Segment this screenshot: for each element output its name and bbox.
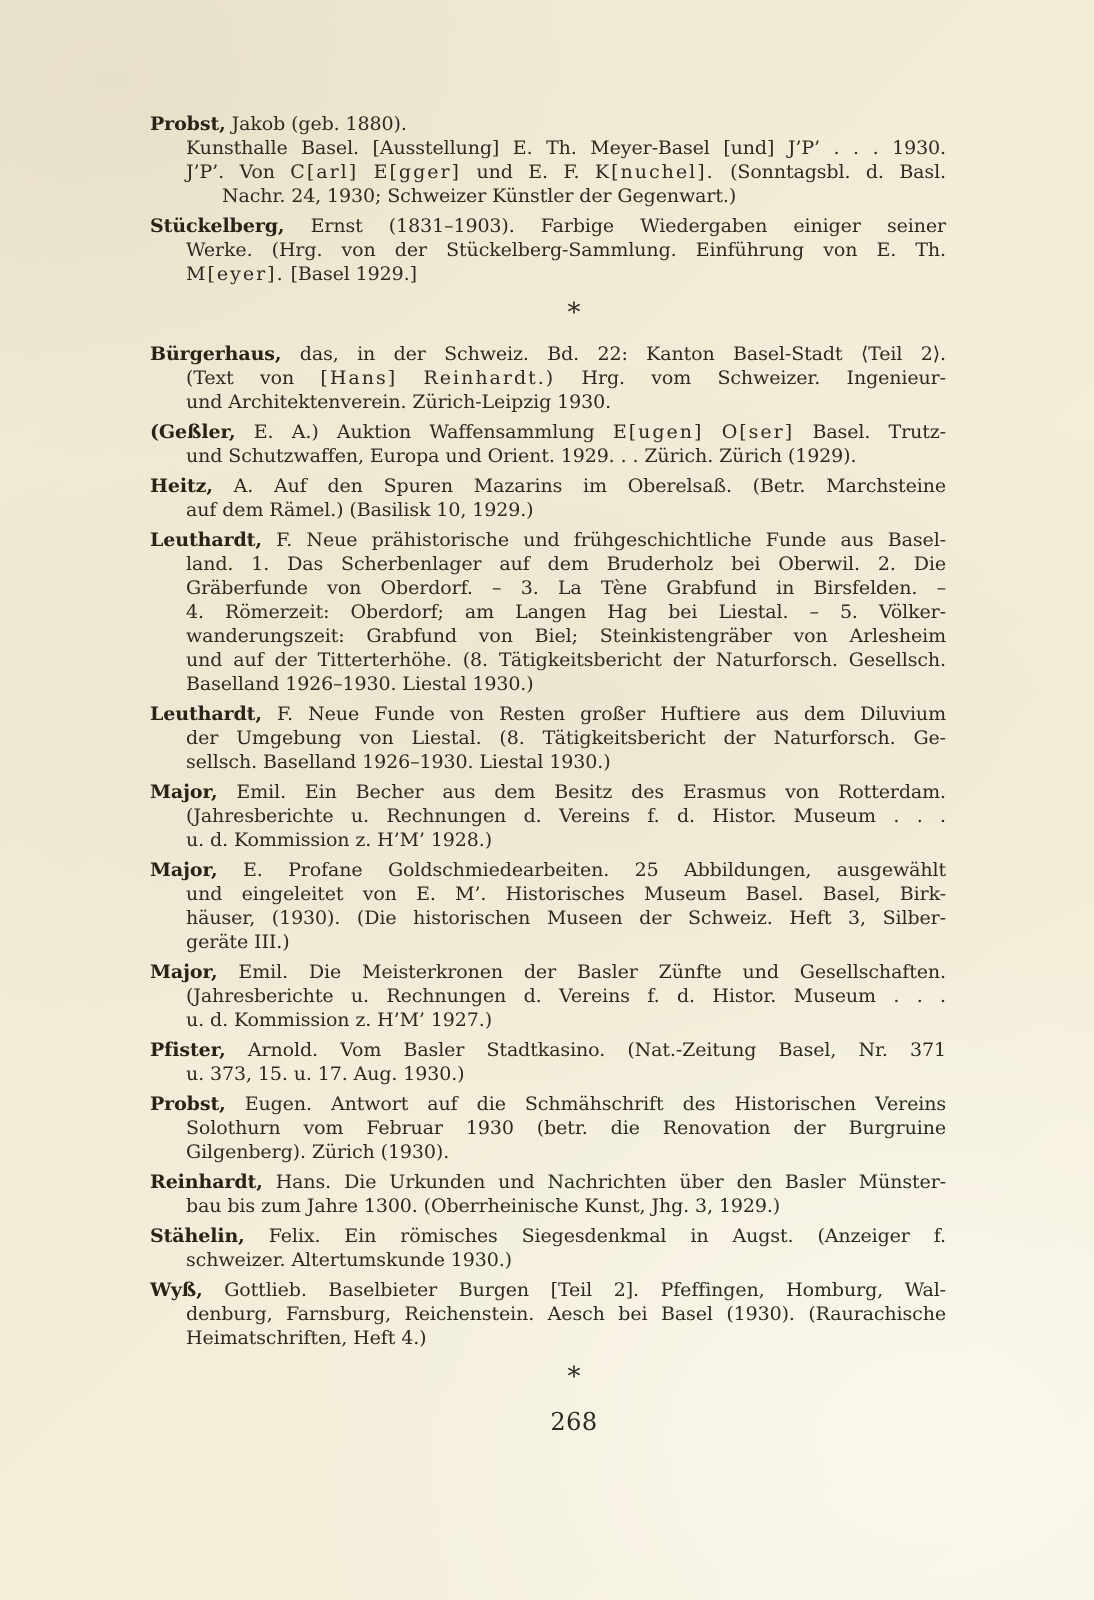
- entry-text: Jakob (geb. 1880).: [226, 113, 407, 135]
- entry-line: (Text von [Hans] Reinhardt.) Hrg. vom Sc…: [186, 366, 946, 390]
- entry-text: das, in der Schweiz. Bd. 22: Kanton Base…: [281, 343, 946, 365]
- entry-line: Probst, Eugen. Antwort auf die Schmähsch…: [150, 1092, 946, 1116]
- entry-line: Solothurn vom Februar 1930 (betr. die Re…: [186, 1116, 946, 1140]
- entry-line: bau bis zum Jahre 1300. (Oberrheinische …: [186, 1194, 946, 1218]
- entry-line: und auf der Titterterhöhe. (8. Tätigkeit…: [186, 648, 946, 672]
- scanned-book-page: Probst, Jakob (geb. 1880).Kunsthalle Bas…: [0, 0, 1094, 1600]
- bibliography-entry: Reinhardt, Hans. Die Urkunden und Nachri…: [150, 1170, 946, 1218]
- entry-line: Heimatschriften, Heft 4.): [186, 1326, 946, 1350]
- entry-text: land. 1. Das Scherbenlager auf dem Brude…: [186, 553, 946, 575]
- entry-text: bau bis zum Jahre 1300. (Oberrheinische …: [186, 1195, 780, 1217]
- entry-line: Reinhardt, Hans. Die Urkunden und Nachri…: [150, 1170, 946, 1194]
- entry-text: Gilgenberg). Zürich (1930).: [186, 1141, 449, 1163]
- entry-line: häuser, (1930). (Die historischen Museen…: [186, 906, 946, 930]
- entry-text: A. Auf den Spuren Mazarins im Oberelsaß.…: [213, 475, 946, 497]
- entry-line: Major, Emil. Die Meisterkronen der Basle…: [150, 960, 946, 984]
- entry-text: [358, 161, 373, 183]
- entry-line: Wyß, Gottlieb. Baselbieter Burgen [Teil …: [150, 1278, 946, 1302]
- entry-text: und E. F.: [461, 161, 595, 183]
- entry-line: 4. Römerzeit: Oberdorf; am Langen Hag be…: [186, 600, 946, 624]
- entry-line: Stähelin, Felix. Ein römisches Siegesden…: [150, 1224, 946, 1248]
- entry-line: Gilgenberg). Zürich (1930).: [186, 1140, 946, 1164]
- entry-line: (Jahresberichte u. Rechnungen d. Vereins…: [186, 984, 946, 1008]
- entry-lead-name: Stähelin,: [150, 1225, 245, 1247]
- entry-line: Werke. (Hrg. von der Stückelberg-Sammlun…: [186, 238, 946, 262]
- entry-text: (Jahresberichte u. Rechnungen d. Vereins…: [186, 985, 946, 1007]
- entry-line: Leuthardt, F. Neue Funde von Resten groß…: [150, 702, 946, 726]
- entry-lead-name: Leuthardt,: [150, 703, 262, 725]
- entry-line: Pfister, Arnold. Vom Basler Stadtkasino.…: [150, 1038, 946, 1062]
- entry-text: und Schutzwaffen, Europa und Orient. 192…: [186, 445, 856, 467]
- bibliography-entry: Leuthardt, F. Neue Funde von Resten groß…: [150, 702, 946, 774]
- entry-line: und Schutzwaffen, Europa und Orient. 192…: [186, 444, 946, 468]
- entry-line: wanderungszeit: Grabfund von Biel; Stein…: [186, 624, 946, 648]
- entry-text: wanderungszeit: Grabfund von Biel; Stein…: [186, 625, 946, 647]
- bibliography-entry: Probst, Jakob (geb. 1880).Kunsthalle Bas…: [150, 112, 946, 208]
- bibliography-entry: Heitz, A. Auf den Spuren Mazarins im Obe…: [150, 474, 946, 522]
- entry-line: M[eyer]. [Basel 1929.]: [186, 262, 946, 286]
- entry-text: [Hans]: [320, 367, 397, 389]
- entry-line: Heitz, A. Auf den Spuren Mazarins im Obe…: [150, 474, 946, 498]
- entry-text: [703, 421, 721, 443]
- entry-text: Hrg. vom Schweizer. Ingenieur-: [555, 367, 946, 389]
- section-separator-asterisk: *: [150, 1365, 946, 1389]
- entry-lead-name: Probst,: [150, 113, 226, 135]
- page-number: 268: [150, 1410, 946, 1434]
- entry-line: sellsch. Baselland 1926–1930. Liestal 19…: [186, 750, 946, 774]
- section-separator-asterisk: *: [150, 301, 946, 325]
- entry-lead-name: Stückelberg,: [150, 215, 284, 237]
- entry-line: (Geßler, E. A.) Auktion Waffensammlung E…: [150, 420, 946, 444]
- bibliography-entry: Probst, Eugen. Antwort auf die Schmähsch…: [150, 1092, 946, 1164]
- entry-text: [Basel 1929.]: [285, 263, 417, 285]
- entry-lead-name: Probst,: [150, 1093, 226, 1115]
- entry-text: (Text von: [186, 367, 320, 389]
- entry-text: Emil. Die Meisterkronen der Basler Zünft…: [218, 961, 946, 983]
- entry-text: [397, 367, 423, 389]
- entry-text: Heimatschriften, Heft 4.): [186, 1327, 426, 1349]
- entry-text: und auf der Titterterhöhe. (8. Tätigkeit…: [186, 649, 946, 671]
- entry-line: Bürgerhaus, das, in der Schweiz. Bd. 22:…: [150, 342, 946, 366]
- entry-text: u. d. Kommission z. H’M’ 1928.): [186, 829, 492, 851]
- entry-text: und eingeleitet von E. M’. Historisches …: [186, 883, 946, 905]
- bibliography-entry: Wyß, Gottlieb. Baselbieter Burgen [Teil …: [150, 1278, 946, 1350]
- bibliography-entry: Leuthardt, F. Neue prähistorische und fr…: [150, 528, 946, 696]
- entry-line: u. d. Kommission z. H’M’ 1928.): [186, 828, 946, 852]
- entry-text: K[nuchel].: [595, 161, 715, 183]
- bibliography-entry: Pfister, Arnold. Vom Basler Stadtkasino.…: [150, 1038, 946, 1086]
- entry-text: E. A.) Auktion Waffensammlung: [236, 421, 613, 443]
- entry-text: Basel. Trutz-: [794, 421, 946, 443]
- entry-text: auf dem Rämel.) (Basilisk 10, 1929.): [186, 499, 533, 521]
- entry-text: u. 373, 15. u. 17. Aug. 1930.): [186, 1063, 465, 1085]
- entry-text: Hans. Die Urkunden und Nachrichten über …: [263, 1171, 946, 1193]
- entry-line: Stückelberg, Ernst (1831–1903). Farbige …: [150, 214, 946, 238]
- entry-text: Kunsthalle Basel. [Ausstellung] E. Th. M…: [186, 137, 946, 159]
- entry-text: J’P’. Von: [186, 161, 290, 183]
- entry-line: Leuthardt, F. Neue prähistorische und fr…: [150, 528, 946, 552]
- entry-line: Baselland 1926–1930. Liestal 1930.): [186, 672, 946, 696]
- entry-line: der Umgebung von Liestal. (8. Tätigkeits…: [186, 726, 946, 750]
- entry-text: (Jahresberichte u. Rechnungen d. Vereins…: [186, 805, 946, 827]
- entry-text: häuser, (1930). (Die historischen Museen…: [186, 907, 946, 929]
- entry-line: und eingeleitet von E. M’. Historisches …: [186, 882, 946, 906]
- entry-text: Gottlieb. Baselbieter Burgen [Teil 2]. P…: [203, 1279, 946, 1301]
- entry-text: F. Neue prähistorische und frühgeschicht…: [262, 529, 946, 551]
- entry-lead-name: Bürgerhaus,: [150, 343, 281, 365]
- entry-lead-name: Major,: [150, 781, 218, 803]
- bibliography-entry: (Geßler, E. A.) Auktion Waffensammlung E…: [150, 420, 946, 468]
- entry-text: M[eyer].: [186, 263, 285, 285]
- entry-text: u. d. Kommission z. H’M’ 1927.): [186, 1009, 492, 1031]
- entry-lead-name: Reinhardt,: [150, 1171, 263, 1193]
- entry-line: und Architektenverein. Zürich-Leipzig 19…: [186, 390, 946, 414]
- entry-text: 4. Römerzeit: Oberdorf; am Langen Hag be…: [186, 601, 946, 623]
- entry-line: Nachr. 24, 1930; Schweizer Künstler der …: [222, 184, 946, 208]
- entry-text: Gräberfunde von Oberdorf. – 3. La Tène G…: [186, 577, 946, 599]
- bibliography-entry: Bürgerhaus, das, in der Schweiz. Bd. 22:…: [150, 342, 946, 414]
- entry-line: (Jahresberichte u. Rechnungen d. Vereins…: [186, 804, 946, 828]
- entry-text: der Umgebung von Liestal. (8. Tätigkeits…: [186, 727, 946, 749]
- entry-text: (Sonntagsbl. d. Basl.: [715, 161, 946, 183]
- entry-lead-name: (Geßler,: [150, 421, 236, 443]
- entry-line: auf dem Rämel.) (Basilisk 10, 1929.): [186, 498, 946, 522]
- entry-text: schweizer. Altertumskunde 1930.): [186, 1249, 512, 1271]
- entry-lead-name: Major,: [150, 961, 218, 983]
- bibliography-text: Probst, Jakob (geb. 1880).Kunsthalle Bas…: [150, 112, 946, 1434]
- entry-text: E. Profane Goldschmiedearbeiten. 25 Abbi…: [218, 859, 946, 881]
- entry-lead-name: Pfister,: [150, 1039, 226, 1061]
- entry-lead-name: Heitz,: [150, 475, 213, 497]
- entry-text: Emil. Ein Becher aus dem Besitz des Eras…: [218, 781, 946, 803]
- entry-line: Probst, Jakob (geb. 1880).: [150, 112, 946, 136]
- entry-text: E[ugen]: [613, 421, 704, 443]
- entry-text: geräte III.): [186, 931, 290, 953]
- bibliography-entry: Stähelin, Felix. Ein römisches Siegesden…: [150, 1224, 946, 1272]
- entry-text: Baselland 1926–1930. Liestal 1930.): [186, 673, 534, 695]
- entry-line: denburg, Farnsburg, Reichenstein. Aesch …: [186, 1302, 946, 1326]
- entry-text: Werke. (Hrg. von der Stückelberg-Sammlun…: [186, 239, 946, 261]
- entry-lead-name: Wyß,: [150, 1279, 203, 1301]
- entry-line: Kunsthalle Basel. [Ausstellung] E. Th. M…: [186, 136, 946, 160]
- entry-line: schweizer. Altertumskunde 1930.): [186, 1248, 946, 1272]
- entry-line: geräte III.): [186, 930, 946, 954]
- entry-text: sellsch. Baselland 1926–1930. Liestal 19…: [186, 751, 611, 773]
- entry-line: u. d. Kommission z. H’M’ 1927.): [186, 1008, 946, 1032]
- entry-text: Eugen. Antwort auf die Schmähschrift des…: [226, 1093, 946, 1115]
- entry-text: denburg, Farnsburg, Reichenstein. Aesch …: [186, 1303, 946, 1325]
- entry-text: Ernst (1831–1903). Farbige Wiedergaben e…: [284, 215, 946, 237]
- entry-text: Nachr. 24, 1930; Schweizer Künstler der …: [222, 185, 736, 207]
- entry-line: land. 1. Das Scherbenlager auf dem Brude…: [186, 552, 946, 576]
- entry-lead-name: Leuthardt,: [150, 529, 262, 551]
- entry-text: Arnold. Vom Basler Stadtkasino. (Nat.-Ze…: [226, 1039, 946, 1061]
- entry-text: E[gger]: [374, 161, 461, 183]
- bibliography-entry: Stückelberg, Ernst (1831–1903). Farbige …: [150, 214, 946, 286]
- bibliography-entry: Major, E. Profane Goldschmiedearbeiten. …: [150, 858, 946, 954]
- entry-text: Reinhardt.): [423, 367, 555, 389]
- entry-line: Gräberfunde von Oberdorf. – 3. La Tène G…: [186, 576, 946, 600]
- entry-text: C[arl]: [290, 161, 358, 183]
- bibliography-entry: Major, Emil. Die Meisterkronen der Basle…: [150, 960, 946, 1032]
- entry-line: J’P’. Von C[arl] E[gger] und E. F. K[nuc…: [186, 160, 946, 184]
- entry-text: Felix. Ein römisches Siegesdenkmal in Au…: [245, 1225, 946, 1247]
- entry-text: F. Neue Funde von Resten großer Huftiere…: [262, 703, 946, 725]
- entry-line: Major, E. Profane Goldschmiedearbeiten. …: [150, 858, 946, 882]
- bibliography-entry: Major, Emil. Ein Becher aus dem Besitz d…: [150, 780, 946, 852]
- entry-text: O[ser]: [722, 421, 794, 443]
- entry-lead-name: Major,: [150, 859, 218, 881]
- entry-text: Solothurn vom Februar 1930 (betr. die Re…: [186, 1117, 946, 1139]
- entry-line: u. 373, 15. u. 17. Aug. 1930.): [186, 1062, 946, 1086]
- entry-line: Major, Emil. Ein Becher aus dem Besitz d…: [150, 780, 946, 804]
- entry-text: und Architektenverein. Zürich-Leipzig 19…: [186, 391, 611, 413]
